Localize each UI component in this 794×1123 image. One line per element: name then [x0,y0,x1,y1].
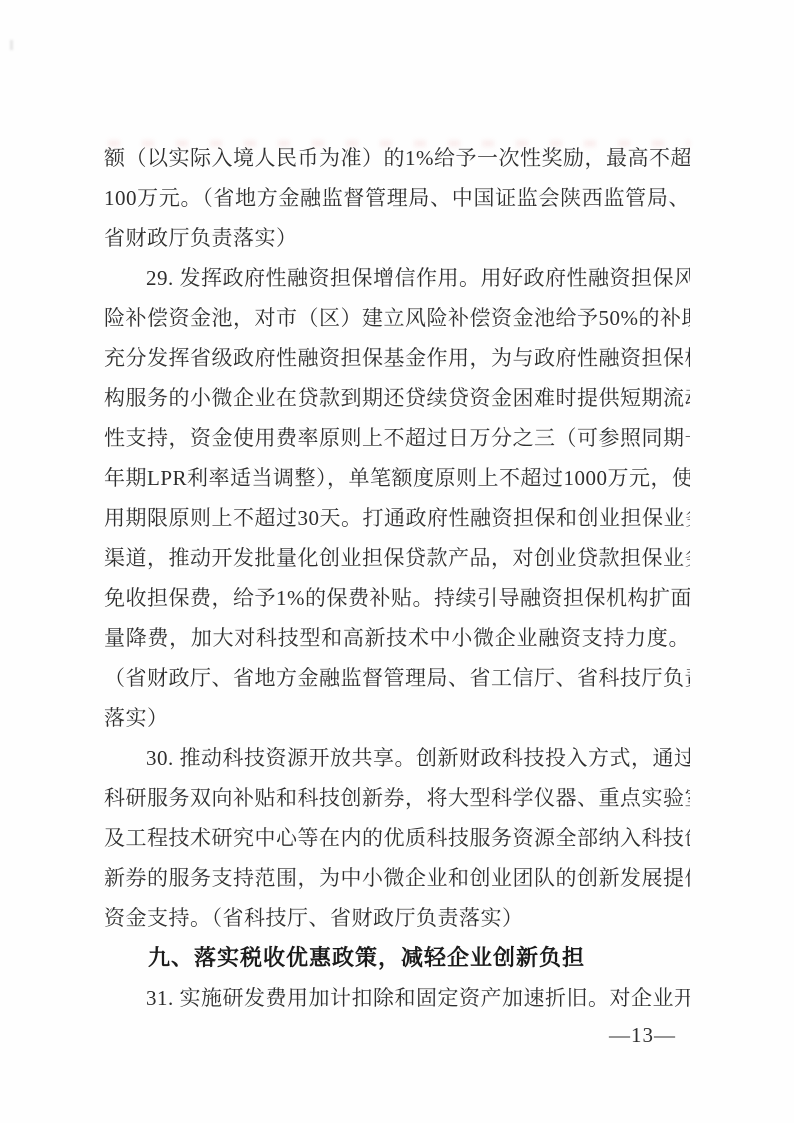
body-line: 资金支持。（省科技厅、省财政厅负责落实） [104,898,690,938]
body-line: 性支持，资金使用费率原则上不超过日万分之三（可参照同期一 [104,418,690,458]
scan-speck [10,40,13,50]
body-line: 29. 发挥政府性融资担保增信作用。用好政府性融资担保风 [104,258,690,298]
section-heading: 九、落实税收优惠政策，减轻企业创新负担 [104,938,690,978]
body-line: 构服务的小微企业在贷款到期还贷续贷资金困难时提供短期流动 [104,378,690,418]
document-page: 额（以实际入境人民币为准）的1%给予一次性奖励，最高不超过100万元。（省地方金… [0,0,794,1123]
body-line: 31. 实施研发费用加计扣除和固定资产加速折旧。对企业开 [104,978,690,1018]
body-line: 免收担保费，给予1%的保费补贴。持续引导融资担保机构扩面增 [104,578,690,618]
body-line: 量降费，加大对科技型和高新技术中小微企业融资支持力度。 [104,618,690,658]
body-line: 100万元。（省地方金融监督管理局、中国证监会陕西监管局、 [104,178,690,218]
body-line: 额（以实际入境人民币为准）的1%给予一次性奖励，最高不超过 [104,138,690,178]
body-line: （省财政厅、省地方金融监督管理局、省工信厅、省科技厅负责 [104,658,690,698]
body-line: 渠道，推动开发批量化创业担保贷款产品，对创业贷款担保业务 [104,538,690,578]
body-line: 用期限原则上不超过30天。打通政府性融资担保和创业担保业务 [104,498,690,538]
body-line: 30. 推动科技资源开放共享。创新财政科技投入方式，通过 [104,738,690,778]
body-line: 充分发挥省级政府性融资担保基金作用，为与政府性融资担保机 [104,338,690,378]
body-line: 年期LPR利率适当调整），单笔额度原则上不超过1000万元，使 [104,458,690,498]
body-line: 及工程技术研究中心等在内的优质科技服务资源全部纳入科技创 [104,818,690,858]
page-number: —13— [609,1020,676,1050]
body-line: 新券的服务支持范围，为中小微企业和创业团队的创新发展提供 [104,858,690,898]
body-line: 科研服务双向补贴和科技创新券，将大型科学仪器、重点实验室 [104,778,690,818]
body-line: 险补偿资金池，对市（区）建立风险补偿资金池给予50%的补助； [104,298,690,338]
body-line: 省财政厅负责落实） [104,218,690,258]
body-line: 落实） [104,698,690,738]
document-body: 额（以实际入境人民币为准）的1%给予一次性奖励，最高不超过100万元。（省地方金… [104,138,690,1018]
